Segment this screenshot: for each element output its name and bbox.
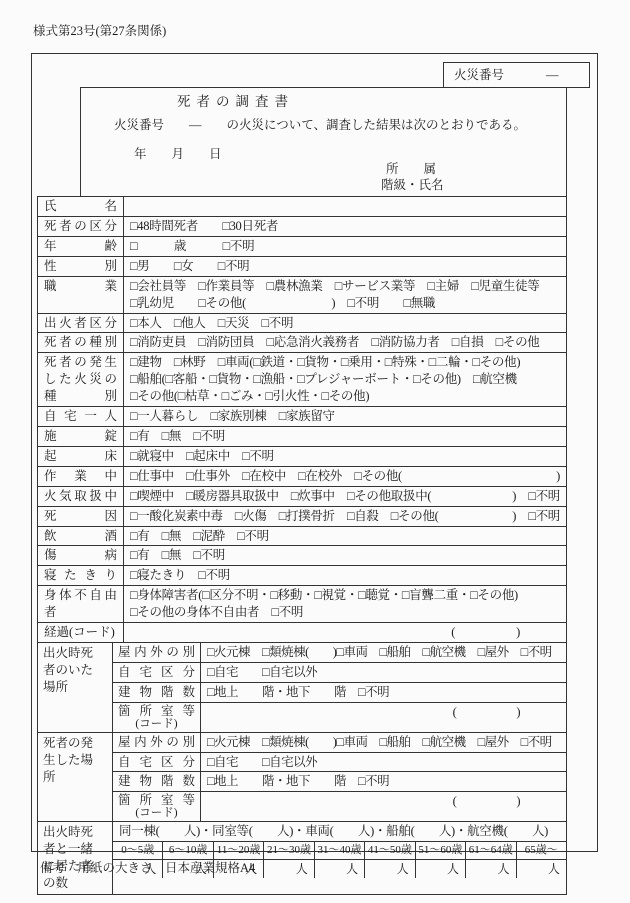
age-field[interactable]: □ 歳 □不明 — [124, 237, 566, 256]
table-row-age: 年齢 □ 歳 □不明 — [38, 236, 566, 256]
subrow-indoor-outdoor: 屋内外の別 □火元棟 □類焼棟( )□車両 □船舶 □航空機 □屋外 □不明 — [113, 733, 566, 752]
table-row-fire-starter: 出火者区分 □本人 □他人 □天災 □不明 — [38, 313, 566, 333]
fire-type-line-3: □その他(□枯草・□ごみ・□引火性・□その他) — [130, 388, 560, 405]
group-body: 同一棟( 人)・同室等( 人)・車両( 人)・船舶( 人)・航空機( 人) 0〜… — [113, 822, 566, 894]
disabled-field[interactable]: □身体障害者(□区分不明・□移動・□視覚・□聴覚・□盲聾二重・□その他) □その… — [124, 586, 566, 622]
preamble-text: 火災番号 — の火災について、調査した結果は次のとおりである。 — [114, 117, 526, 134]
row-label: 死者の種別 — [38, 333, 124, 352]
row-label: 作業中 — [38, 467, 124, 486]
table-row-fire-type: 死者の発生した火災の種別 □建物 □林野 □車両(□鉄道・□貨物・□乗用・□特殊… — [38, 352, 566, 406]
companions-summary-field[interactable]: 同一棟( 人)・同室等( 人)・車両( 人)・船舶( 人)・航空機( 人) — [113, 822, 566, 841]
age-header: 21〜30歳 — [263, 842, 313, 859]
row-label: 飲酒 — [38, 527, 124, 546]
cause-options: □一酸化炭素中毒 □火傷 □打撲骨折 □自殺 □その他( — [130, 508, 439, 525]
death-category-field[interactable]: □48時間死者 □30日死者 — [124, 217, 566, 236]
form-table: 氏名 死者の区分 □48時間死者 □30日死者 年齢 □ 歳 □不明 性別 □男… — [37, 196, 567, 895]
cause-of-death-field[interactable]: □一酸化炭素中毒 □火傷 □打撲骨折 □自殺 □その他( ) □不明 — [124, 507, 566, 526]
home-category-field[interactable]: □自宅 □自宅以外 — [201, 753, 566, 772]
count-field[interactable]: 人 — [415, 860, 465, 878]
table-row-working: 作業中 □仕事中 □仕事外 □在校中 □在校外 □その他( ) — [38, 466, 566, 486]
count-field[interactable]: 人 — [516, 860, 566, 878]
page-title: 死者の調査書 — [177, 93, 294, 111]
working-options: □仕事中 □仕事外 □在校中 □在校外 □その他( — [130, 468, 402, 485]
table-row-progress-code: 経過(コード) ( ) — [38, 622, 566, 642]
rank-name-label: 階級・氏名 — [381, 177, 444, 193]
table-row-deceased-type: 死者の種別 □消防吏員 □消防団員 □応急消火義務者 □消防協力者 □自損 □そ… — [38, 332, 566, 352]
table-row-cause-of-death: 死因 □一酸化炭素中毒 □火傷 □打撲骨折 □自殺 □その他( ) □不明 — [38, 506, 566, 526]
row-label: 経過(コード) — [38, 623, 124, 642]
sub-label: 屋内外の別 — [113, 643, 201, 662]
working-field[interactable]: □仕事中 □仕事外 □在校中 □在校外 □その他( ) — [124, 467, 566, 486]
table-row-sex: 性別 □男 □女 □不明 — [38, 256, 566, 276]
row-label: 職業 — [38, 277, 124, 313]
row-label: 性別 — [38, 257, 124, 276]
table-row-disabled: 身体不自由者 □身体障害者(□区分不明・□移動・□視覚・□聴覚・□盲聾二重・□そ… — [38, 585, 566, 622]
row-label: 起床 — [38, 447, 124, 466]
locked-field[interactable]: □有 □無 □不明 — [124, 427, 566, 446]
fire-number-label: 火災番号 — [454, 67, 504, 84]
indoor-outdoor-field[interactable]: □火元棟 □類焼棟( )□車両 □船舶 □航空機 □屋外 □不明 — [201, 733, 566, 752]
indoor-outdoor-field[interactable]: □火元棟 □類焼棟( )□車両 □船舶 □航空機 □屋外 □不明 — [201, 643, 566, 662]
document-page: 様式第23号(第27条関係) 火災番号 — 死者の調査書 火災番号 — の火災に… — [0, 0, 630, 903]
disabled-line-2: □その他の身体不自由者 □不明 — [130, 604, 560, 621]
progress-code-field[interactable]: ( ) — [124, 623, 566, 642]
table-row-awake: 起床 □就寝中 □起床中 □不明 — [38, 446, 566, 466]
room-code-field[interactable]: ( ) — [201, 792, 566, 821]
building-floor-field[interactable]: □地上 階・地下 階 □不明 — [201, 772, 566, 791]
row-label: 死者の区分 — [38, 217, 124, 236]
progress-code-paren: ( ) — [451, 624, 560, 641]
sub-label: 建物階数 — [113, 772, 201, 791]
sub-label: 箇所室等 (コード) — [113, 792, 201, 821]
name-field[interactable] — [124, 197, 566, 216]
row-label: 氏名 — [38, 197, 124, 216]
age-header: 11〜20歳 — [213, 842, 263, 859]
fire-type-line-1: □建物 □林野 □車両(□鉄道・□貨物・□乗用・□特殊・□二輪・□その他) — [130, 354, 560, 371]
subrow-building-floor: 建物階数 □地上 階・地下 階 □不明 — [113, 771, 566, 791]
sub-label: 建物階数 — [113, 683, 201, 702]
home-alone-field[interactable]: □一人暮らし □家族別棟 □家族留守 — [124, 407, 566, 426]
working-paren: ) — [556, 468, 560, 485]
occupation-field[interactable]: □会社員等 □作業員等 □農林漁業 □サービス業等 □主婦 □児童生徒等 □乳幼… — [124, 277, 566, 313]
fire-handling-right: ) □不明 — [512, 488, 560, 505]
fire-type-line-2: □船舶(□客船・□貨物・□漁船・□プレジャーボート・□その他) □航空機 — [130, 371, 560, 388]
row-label: 身体不自由者 — [38, 586, 124, 622]
awake-field[interactable]: □就寝中 □起床中 □不明 — [124, 447, 566, 466]
room-code-paren: ( ) — [453, 793, 560, 810]
table-row-occupation: 職業 □会社員等 □作業員等 □農林漁業 □サービス業等 □主婦 □児童生徒等 … — [38, 276, 566, 313]
count-field[interactable]: 人 — [314, 860, 364, 878]
sub-label: 箇所室等 (コード) — [113, 703, 201, 732]
room-code-label-line1: 箇所室等 — [118, 704, 195, 718]
occupation-line-1: □会社員等 □作業員等 □農林漁業 □サービス業等 □主婦 □児童生徒等 — [130, 278, 560, 295]
form-number-label: 様式第23号(第27条関係) — [33, 23, 166, 40]
age-header: 65歳〜 — [516, 842, 566, 859]
room-code-field[interactable]: ( ) — [201, 703, 566, 732]
age-header: 0〜5歳 — [113, 842, 162, 859]
row-label: 死者の発生した火災の種別 — [38, 353, 124, 406]
age-header: 41〜50歳 — [364, 842, 414, 859]
table-row-illness: 傷病 □有 □無 □不明 — [38, 545, 566, 565]
subrow-home-category: 自宅区分 □自宅 □自宅以外 — [113, 662, 566, 682]
group-label: 出火時死者のいた場所 — [38, 643, 113, 732]
group-location-of-death: 死者の発生した場所 屋内外の別 □火元棟 □類焼棟( )□車両 □船舶 □航空機… — [38, 732, 566, 822]
drinking-field[interactable]: □有 □無 □泥酔 □不明 — [124, 527, 566, 546]
table-row-locked: 施錠 □有 □無 □不明 — [38, 426, 566, 446]
sex-field[interactable]: □男 □女 □不明 — [124, 257, 566, 276]
room-code-paren: ( ) — [453, 704, 560, 721]
date-line[interactable]: 年 月 日 — [134, 146, 222, 163]
sub-label: 自宅区分 — [113, 663, 201, 682]
sub-label: 屋内外の別 — [113, 733, 201, 752]
fire-number-value[interactable]: — — [546, 67, 559, 84]
deceased-type-field[interactable]: □消防吏員 □消防団員 □応急消火義務者 □消防協力者 □自損 □その他 — [124, 333, 566, 352]
table-row-fire-handling: 火気取扱中 □喫煙中 □暖房器具取扱中 □炊事中 □その他取扱中( ) □不明 — [38, 486, 566, 506]
subrow-home-category: 自宅区分 □自宅 □自宅以外 — [113, 752, 566, 772]
room-code-label-line1: 箇所室等 — [118, 793, 195, 807]
row-label: 火気取扱中 — [38, 487, 124, 506]
age-header: 6〜10歳 — [162, 842, 212, 859]
cause-right: ) □不明 — [512, 508, 560, 525]
home-category-field[interactable]: □自宅 □自宅以外 — [201, 663, 566, 682]
row-label: 年齢 — [38, 237, 124, 256]
count-field[interactable]: 人 — [465, 860, 515, 878]
subrow-room-code: 箇所室等 (コード) ( ) — [113, 791, 566, 821]
row-label: 施錠 — [38, 427, 124, 446]
count-field[interactable]: 人 — [113, 860, 162, 878]
group-companions: 出火時死者と一緒に居た者の数 同一棟( 人)・同室等( 人)・車両( 人)・船舶… — [38, 821, 566, 894]
fire-handling-field[interactable]: □喫煙中 □暖房器具取扱中 □炊事中 □その他取扱中( ) □不明 — [124, 487, 566, 506]
count-field[interactable]: 人 — [263, 860, 313, 878]
group-label: 死者の発生した場所 — [38, 733, 113, 822]
fire-number-box: 火災番号 — — [443, 62, 590, 88]
age-header: 61〜64歳 — [465, 842, 515, 859]
age-header: 31〜40歳 — [314, 842, 364, 859]
affiliation-block: 所 属 階級・氏名 — [381, 161, 444, 193]
row-label: 寝たきり — [38, 566, 124, 585]
room-code-label-line2: (コード) — [118, 718, 195, 731]
age-count-row: 人 人 人 人 人 人 人 人 人 — [113, 859, 566, 878]
subrow-indoor-outdoor: 屋内外の別 □火元棟 □類焼棟( )□車両 □船舶 □航空機 □屋外 □不明 — [113, 643, 566, 662]
table-row-home-alone: 自宅一人 □一人暮らし □家族別棟 □家族留守 — [38, 406, 566, 426]
disabled-line-1: □身体障害者(□区分不明・□移動・□視覚・□聴覚・□盲聾二重・□その他) — [130, 587, 560, 604]
row-label: 傷病 — [38, 546, 124, 565]
table-row-bedridden: 寝たきり □寝たきり □不明 — [38, 565, 566, 585]
group-location-at-ignition: 出火時死者のいた場所 屋内外の別 □火元棟 □類焼棟( )□車両 □船舶 □航空… — [38, 642, 566, 732]
occupation-line-2: □乳幼児 □その他( ) □不明 □無職 — [130, 295, 560, 312]
table-row-drinking: 飲酒 □有 □無 □泥酔 □不明 — [38, 526, 566, 546]
affiliation-label: 所 属 — [381, 161, 444, 177]
age-header: 51〜60歳 — [415, 842, 465, 859]
fire-handling-options: □喫煙中 □暖房器具取扱中 □炊事中 □その他取扱中( — [130, 488, 431, 505]
fire-type-field[interactable]: □建物 □林野 □車両(□鉄道・□貨物・□乗用・□特殊・□二輪・□その他) □船… — [124, 353, 566, 406]
subrow-building-floor: 建物階数 □地上 階・地下 階 □不明 — [113, 682, 566, 702]
illness-field[interactable]: □有 □無 □不明 — [124, 546, 566, 565]
group-body: 屋内外の別 □火元棟 □類焼棟( )□車両 □船舶 □航空機 □屋外 □不明 自… — [113, 733, 566, 822]
group-body: 屋内外の別 □火元棟 □類焼棟( )□車両 □船舶 □航空機 □屋外 □不明 自… — [113, 643, 566, 732]
group-label: 出火時死者と一緒に居た者の数 — [38, 822, 113, 894]
count-field[interactable]: 人 — [213, 860, 263, 878]
count-field[interactable]: 人 — [364, 860, 414, 878]
subrow-room-code: 箇所室等 (コード) ( ) — [113, 702, 566, 732]
count-field[interactable]: 人 — [162, 860, 212, 878]
room-code-label-line2: (コード) — [118, 807, 195, 820]
fire-starter-field[interactable]: □本人 □他人 □天災 □不明 — [124, 314, 566, 333]
form-header-section: 死者の調査書 火災番号 — の火災について、調査した結果は次のとおりである。 年… — [80, 87, 567, 196]
age-header-row: 0〜5歳 6〜10歳 11〜20歳 21〜30歳 31〜40歳 41〜50歳 5… — [113, 841, 566, 859]
table-row-death-category: 死者の区分 □48時間死者 □30日死者 — [38, 216, 566, 236]
table-row-name: 氏名 — [38, 197, 566, 216]
building-floor-field[interactable]: □地上 階・地下 階 □不明 — [201, 683, 566, 702]
row-label: 出火者区分 — [38, 314, 124, 333]
sub-label: 自宅区分 — [113, 753, 201, 772]
bedridden-field[interactable]: □寝たきり □不明 — [124, 566, 566, 585]
row-label: 自宅一人 — [38, 407, 124, 426]
row-label: 死因 — [38, 507, 124, 526]
